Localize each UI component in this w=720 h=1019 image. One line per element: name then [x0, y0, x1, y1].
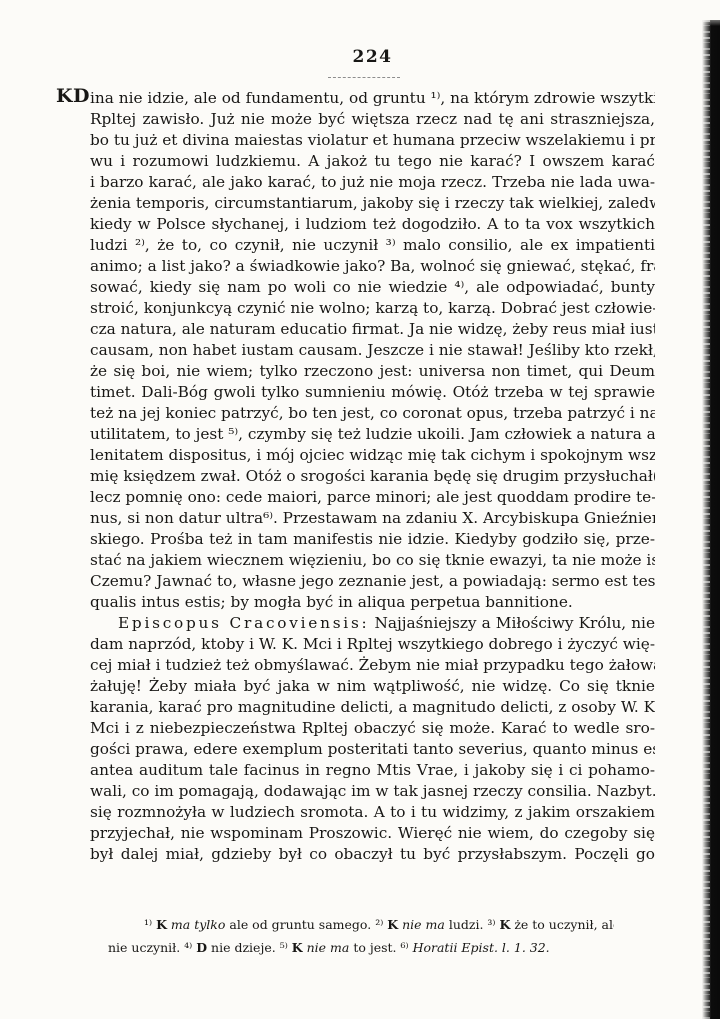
body-text-line: timet. Dali-Bóg gwoli tylko sumnieniu mó… — [90, 382, 655, 403]
body-text-line: karania, karać pro magnitudine delicti, … — [90, 697, 655, 718]
body-text-line: żenia temporis, circumstantiarum, jakoby… — [90, 193, 655, 214]
body-text-line: dam naprzód, ktoby i W. K. Mci i Rpltej … — [90, 634, 655, 655]
body-lines: ina nie idzie, ale od fundamentu, od gru… — [90, 88, 655, 865]
body-text-line: nus, si non datur ultra⁶⁾. Przestawam na… — [90, 508, 655, 529]
body-text-line: wali, co im pomagają, dodawając im w tak… — [90, 781, 655, 802]
body-text-line: ina nie idzie, ale od fundamentu, od gru… — [90, 88, 655, 109]
body-text-line: przyjechał, nie wspominam Proszowic. Wie… — [90, 823, 655, 844]
body-text-line: lecz pomnię ono: cede maiori, parce mino… — [90, 487, 655, 508]
body-text-line: Rpltej zawisło. Już nie może być więtsza… — [90, 109, 655, 130]
body-text-line: żałuję! Żeby miała być jaka w nim wątpli… — [90, 676, 655, 697]
body-text-line: antea auditum tale facinus in regno Mtis… — [90, 760, 655, 781]
body-text-line: Episcopus Cracoviensis: Najjaśniejszy a … — [90, 613, 655, 634]
body-text-line: też na jej koniec patrzyć, bo ten jest, … — [90, 403, 655, 424]
body-text-line: stać na jakiem wiecznem więzieniu, bo co… — [90, 550, 655, 571]
body-text-line: Czemu? Jawnać to, własne jego zeznanie j… — [90, 571, 655, 592]
body-text-line: causam, non habet iustam causam. Jeszcze… — [90, 340, 655, 361]
body-text-line: był dalej miał, gdzieby był co obaczył t… — [90, 844, 655, 865]
body-text-line: animo; a list jako? a świadkowie jako? B… — [90, 256, 655, 277]
body-text-line: utilitatem, to jest ⁵⁾, czymby się też l… — [90, 424, 655, 445]
body-text-line: stroić, konjunkcyą czynić nie wolno; kar… — [90, 298, 655, 319]
footnote-line: ¹⁾ K ma tylko ale od gruntu samego. ²⁾ K… — [108, 913, 614, 936]
main-text-block: KD ina nie idzie, ale od fundamentu, od … — [90, 88, 655, 865]
scan-edge-shadow — [702, 20, 720, 1019]
body-text-line: ludzi ²⁾, że to, co czynił, nie uczynił … — [90, 235, 655, 256]
body-text-line: Mci i z niebezpieczeństwa Rpltej obaczyć… — [90, 718, 655, 739]
body-text-line: cza natura, ale naturam educatio firmat.… — [90, 319, 655, 340]
scanned-book-page: 224 KD ina nie idzie, ale od fundamentu,… — [0, 0, 720, 1019]
body-text-line: się rozmnożyła w ludziech sromota. A to … — [90, 802, 655, 823]
body-text-line: że się boi, nie wiem; tylko rzeczono jes… — [90, 361, 655, 382]
body-text-line: bo tu już et divina maiestas violatur et… — [90, 130, 655, 151]
body-text-line: qualis intus estis; by mogła być in aliq… — [90, 592, 655, 613]
body-text-line: i barzo karać, ale jako karać, to już ni… — [90, 172, 655, 193]
body-text-line: sować, kiedy się nam po woli co nie wied… — [90, 277, 655, 298]
body-text-line: gości prawa, edere exemplum posteritati … — [90, 739, 655, 760]
body-text-line: skiego. Prośba też in tam manifestis nie… — [90, 529, 655, 550]
body-text-line: cej miał i tudzież też obmyślawać. Żebym… — [90, 655, 655, 676]
footnote-lines: ¹⁾ K ma tylko ale od gruntu samego. ²⁾ K… — [108, 913, 614, 959]
page-number-rule — [328, 77, 400, 78]
body-text-line: kiedy w Polsce słychanej, i ludziom też … — [90, 214, 655, 235]
body-text-line: lenitatem dispositus, i mój ojciec widzą… — [90, 445, 655, 466]
body-text-line: wu i rozumowi ludzkiemu. A jakoż tu tego… — [90, 151, 655, 172]
page-number: 224 — [90, 47, 655, 67]
footnote-line: nie uczynił. ⁴⁾ D nie dzieje. ⁵⁾ K nie m… — [108, 936, 614, 959]
footnotes-block: ¹⁾ K ma tylko ale od gruntu samego. ²⁾ K… — [108, 913, 614, 959]
body-text-line: mię księdzem zwał. Otóż o srogości karan… — [90, 466, 655, 487]
margin-initial: KD — [56, 86, 90, 107]
